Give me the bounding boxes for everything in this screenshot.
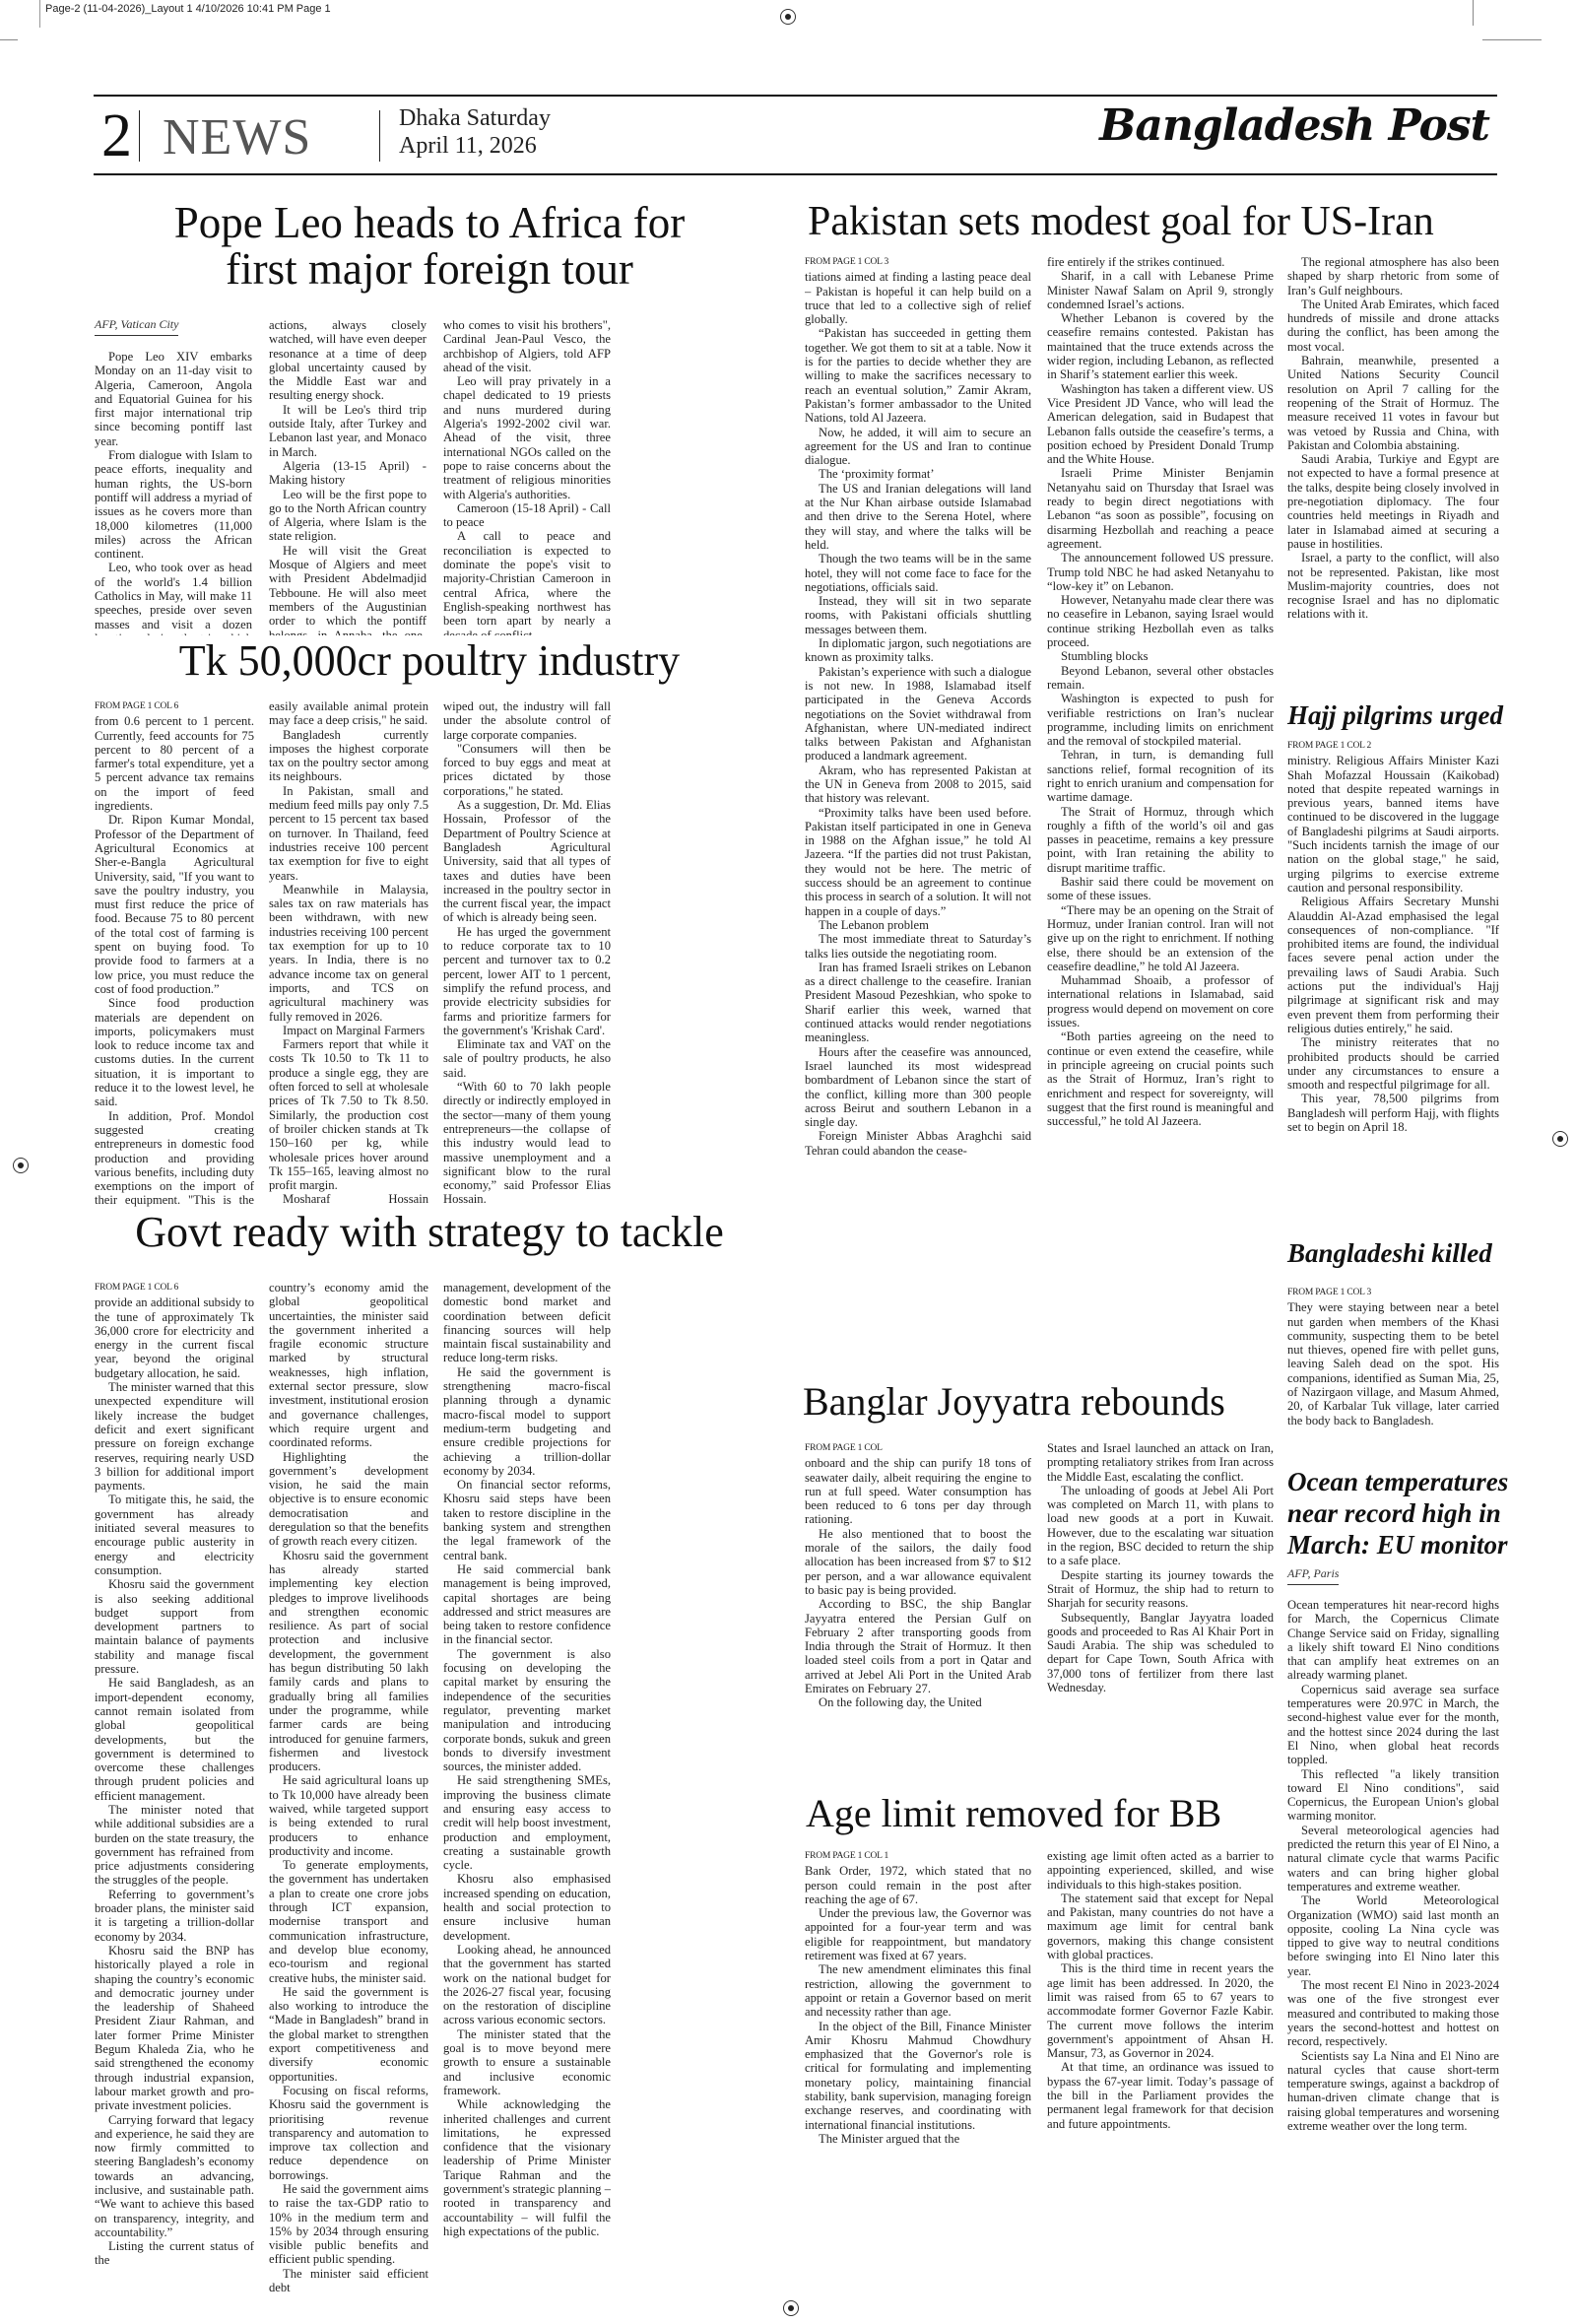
paragraph: Pope Leo XIV embarks Monday on an 11-day… <box>95 350 252 448</box>
newspaper-logo: Bangladesh Post <box>1099 100 1489 151</box>
paragraph: Eliminate tax and VAT on the sale of pou… <box>443 1037 611 1080</box>
paragraph: The Lebanon problem <box>805 918 1031 932</box>
paragraph: He said agricultural loans up to Tk 10,0… <box>269 1773 428 1858</box>
headline-govt: Govt ready with strategy to tackle <box>95 1210 764 1255</box>
paragraph: On financial sector reforms, Khosru said… <box>443 1478 611 1562</box>
page-number: 2 <box>101 106 132 166</box>
paragraph: They were staying between near a betel n… <box>1287 1300 1499 1428</box>
paragraph: Stumbling blocks <box>1047 649 1274 663</box>
paragraph: While acknowledging the inherited challe… <box>443 2097 611 2238</box>
paragraph: “Proximity talks have been used before. … <box>805 806 1031 918</box>
paragraph: Israeli Prime Minister Benjamin Netanyah… <box>1047 466 1274 551</box>
paragraph: As a suggestion, Dr. Md. Elias Hossain, … <box>443 798 611 925</box>
paragraph: Despite starting its journey towards the… <box>1047 1568 1274 1611</box>
article-column: management, development of the domestic … <box>443 1281 611 2305</box>
article-column: actions, always closely watched, will ha… <box>269 318 427 635</box>
continuation-label: FROM PAGE 1 COL 6 <box>95 1281 254 1295</box>
paragraph: The ministry reiterates that no prohibit… <box>1287 1035 1499 1092</box>
article-column: FROM PAGE 1 COL 6provide an additional s… <box>95 1281 254 2305</box>
paragraph: Impact on Marginal Farmers <box>269 1024 428 1037</box>
article-column: FROM PAGE 1 COL 6from 0.6 percent to 1 p… <box>95 699 254 1207</box>
headline-line: first major foreign tour <box>95 246 764 293</box>
paragraph: The Minister argued that the <box>805 2132 1031 2146</box>
paragraph: The US and Iranian delegations will land… <box>805 482 1031 552</box>
paragraph: The most recent El Nino in 2023-2024 was… <box>1287 1978 1499 2048</box>
paragraph: Tehran, in turn, is demanding full sanct… <box>1047 748 1274 804</box>
paragraph: In addition, Prof. Mondol suggested crea… <box>95 1109 254 1207</box>
article-column: FROM PAGE 1 COL 2ministry. Religious Aff… <box>1287 739 1499 1236</box>
crop-mark <box>1482 39 1542 40</box>
continuation-label: FROM PAGE 1 COL 3 <box>805 255 1031 269</box>
paragraph: He will visit the Great Mosque of Algier… <box>269 544 427 635</box>
article-column: who comes to visit his brothers", Cardin… <box>443 318 611 635</box>
article-column: country’s economy amid the global geopol… <box>269 1281 428 2305</box>
paragraph: "Consumers will then be forced to buy eg… <box>443 742 611 798</box>
headline-joyyatra: Banglar Joyyatra rebounds <box>803 1381 1266 1423</box>
paragraph: Referring to government’s broader plans,… <box>95 1888 254 1944</box>
headline-pakistan: Pakistan sets modest goal for US-Iran <box>808 200 1497 243</box>
article-column: FROM PAGE 1 COL 3tiations aimed at findi… <box>805 255 1031 1339</box>
paragraph: actions, always closely watched, will ha… <box>269 318 427 403</box>
dateline: Dhaka Saturday April 11, 2026 <box>399 104 551 160</box>
paragraph: The most immediate threat to Saturday’s … <box>805 932 1031 961</box>
article-column: easily available animal protein may face… <box>269 699 428 1207</box>
paragraph: He also mentioned that to boost the mora… <box>805 1527 1031 1597</box>
continuation-label: FROM PAGE 1 COL <box>805 1441 1031 1455</box>
divider <box>139 110 140 162</box>
paragraph: The regional atmosphere has also been sh… <box>1287 255 1499 298</box>
headline-line: March: EU monitor <box>1287 1529 1504 1560</box>
headline-age-limit: Age limit removed for BB <box>806 1793 1269 1834</box>
paragraph: The minister stated that the goal is to … <box>443 2027 611 2097</box>
paragraph: The Strait of Hormuz, through which roug… <box>1047 805 1274 875</box>
byline: AFP, Vatican City <box>95 317 178 336</box>
paragraph: from 0.6 percent to 1 percent. Currently… <box>95 714 254 813</box>
headline-line: near record high in <box>1287 1497 1504 1529</box>
continuation-label: FROM PAGE 1 COL 1 <box>805 1849 1031 1863</box>
paragraph: The World Meteorological Organization (W… <box>1287 1893 1499 1978</box>
article-column: wiped out, the industry will fall under … <box>443 699 611 1207</box>
paragraph: He said strengthening SMEs, improving th… <box>443 1773 611 1872</box>
headline-ocean: Ocean temperatures near record high in M… <box>1287 1466 1504 1560</box>
paragraph: tiations aimed at finding a lasting peac… <box>805 270 1031 326</box>
paragraph: “Pakistan has succeeded in getting them … <box>805 326 1031 425</box>
divider <box>379 110 380 162</box>
continuation-label: FROM PAGE 1 COL 2 <box>1287 739 1499 753</box>
paragraph: Dr. Ripon Kumar Mondal, Professor of the… <box>95 813 254 996</box>
paragraph: Pakistan’s experience with such a dialog… <box>805 665 1031 764</box>
registration-mark-icon <box>13 1158 29 1173</box>
paragraph: Bashir said there could be movement on s… <box>1047 875 1274 903</box>
paragraph: The announcement followed US pressure. T… <box>1047 551 1274 593</box>
registration-mark-icon <box>1552 1131 1568 1147</box>
paragraph: The minister noted that while additional… <box>95 1803 254 1888</box>
paragraph: Khosru said the BNP has historically pla… <box>95 1944 254 2113</box>
paragraph: In the object of the Bill, Finance Minis… <box>805 2020 1031 2132</box>
paragraph: Saudi Arabia, Turkiye and Egypt are not … <box>1287 452 1499 551</box>
paragraph: According to BSC, the ship Banglar Jayya… <box>805 1597 1031 1695</box>
print-slug: Page-2 (11-04-2026)_Layout 1 4/10/2026 1… <box>45 3 331 15</box>
paragraph: Israel, a party to the conflict, will al… <box>1287 551 1499 621</box>
article-column: FROM PAGE 1 COLonboard and the ship can … <box>805 1441 1031 1786</box>
paragraph: Farmers report that while it costs Tk 10… <box>269 1037 428 1192</box>
paragraph: country’s economy amid the global geopol… <box>269 1281 428 1450</box>
paragraph: “Both parties agreeing on the need to co… <box>1047 1029 1274 1128</box>
paragraph: The new amendment eliminates this final … <box>805 1962 1031 2019</box>
paragraph: Washington has taken a different view. U… <box>1047 382 1274 467</box>
continuation-label: FROM PAGE 1 COL 3 <box>1287 1286 1499 1299</box>
paragraph: In Pakistan, small and medium feed mills… <box>269 784 428 883</box>
paragraph: Whether Lebanon is covered by the ceasef… <box>1047 311 1274 381</box>
section-title: NEWS <box>163 110 311 166</box>
paragraph: Khosru also emphasised increased spendin… <box>443 1872 611 1942</box>
paragraph: It will be Leo's third trip outside Ital… <box>269 403 427 459</box>
paragraph: Mosharaf Hossain Chowdhury, President of… <box>269 1192 428 1207</box>
paragraph: A call to peace and reconciliation is ex… <box>443 529 611 635</box>
paragraph: Scientists say La Nina and El Nino are n… <box>1287 2049 1499 2134</box>
article-column: existing age limit often acted as a barr… <box>1047 1849 1274 2283</box>
masthead: 2 NEWS Dhaka Saturday April 11, 2026 Ban… <box>94 95 1497 175</box>
paragraph: Washington is expected to push for verif… <box>1047 692 1274 748</box>
paragraph: This reflected "a likely transition towa… <box>1287 1767 1499 1824</box>
paragraph: He said the government aims to raise the… <box>269 2182 428 2267</box>
paragraph: “With 60 to 70 lakh people directly or i… <box>443 1080 611 1207</box>
headline-hajj: Hajj pilgrims urged <box>1287 701 1499 729</box>
paragraph: wiped out, the industry will fall under … <box>443 699 611 742</box>
paragraph: Algeria (13-15 April) - Making history <box>269 459 427 488</box>
paragraph: The government is also focusing on devel… <box>443 1647 611 1774</box>
paragraph: Bangladesh currently imposes the highest… <box>269 728 428 784</box>
paragraph: Foreign Minister Abbas Araghchi said Teh… <box>805 1129 1031 1158</box>
registration-mark-icon <box>783 2300 799 2316</box>
paragraph: Now, he added, it will aim to secure an … <box>805 426 1031 468</box>
article-column: FROM PAGE 1 COL 3They were staying betwe… <box>1287 1286 1499 1453</box>
paragraph: who comes to visit his brothers", Cardin… <box>443 318 611 374</box>
paragraph: Several meteorological agencies had pred… <box>1287 1824 1499 1893</box>
paragraph: provide an additional subsidy to the tun… <box>95 1295 254 1380</box>
headline-poultry: Tk 50,000cr poultry industry <box>95 638 764 684</box>
paragraph: From dialogue with Islam to peace effort… <box>95 448 252 561</box>
paragraph: Hours after the ceasefire was announced,… <box>805 1045 1031 1130</box>
paragraph: Carrying forward that legacy and experie… <box>95 2113 254 2240</box>
crop-mark <box>0 39 18 40</box>
paragraph: Under the previous law, the Governor was… <box>805 1906 1031 1962</box>
paragraph: Beyond Lebanon, several other obstacles … <box>1047 664 1274 693</box>
paragraph: Copernicus said average sea surface temp… <box>1287 1683 1499 1767</box>
paragraph: The unloading of goods at Jebel Ali Port… <box>1047 1484 1274 1568</box>
paragraph: Instead, they will sit in two separate r… <box>805 594 1031 636</box>
headline-line: Ocean temperatures <box>1287 1466 1504 1497</box>
paragraph: However, Netanyahu made clear there was … <box>1047 593 1274 649</box>
paragraph: Khosru said the government has already s… <box>269 1549 428 1774</box>
paragraph: Bahrain, meanwhile, presented a United N… <box>1287 354 1499 452</box>
paragraph: existing age limit often acted as a barr… <box>1047 1849 1274 1892</box>
paragraph: Iran has framed Israeli strikes on Leban… <box>805 961 1031 1045</box>
paragraph: Focusing on fiscal reforms, Khosru said … <box>269 2084 428 2182</box>
paragraph: Khosru said the government is also seeki… <box>95 1577 254 1676</box>
paragraph: He said the government is strengthening … <box>443 1365 611 1478</box>
paragraph: onboard and the ship can purify 18 tons … <box>805 1456 1031 1526</box>
dateline-day: Dhaka Saturday <box>399 104 551 132</box>
paragraph: He said Bangladesh, as an import-depende… <box>95 1676 254 1803</box>
paragraph: The statement said that except for Nepal… <box>1047 1892 1274 1961</box>
paragraph: Looking ahead, he announced that the gov… <box>443 1943 611 2027</box>
paragraph: In diplomatic jargon, such negotiations … <box>805 636 1031 665</box>
paragraph: “There may be an opening on the Strait o… <box>1047 903 1274 973</box>
article-column: fire entirely if the strikes continued.S… <box>1047 255 1274 1339</box>
paragraph: Since food production materials are depe… <box>95 996 254 1108</box>
registration-mark-icon <box>780 9 796 25</box>
article-column: States and Israel launched an attack on … <box>1047 1441 1274 1786</box>
paragraph: On the following day, the United <box>805 1695 1031 1709</box>
paragraph: Though the two teams will be in the same… <box>805 552 1031 594</box>
paragraph: The ‘proximity format’ <box>805 467 1031 481</box>
paragraph: Cameroon (15-18 April) - Call to peace <box>443 501 611 530</box>
dateline-date: April 11, 2026 <box>399 132 551 160</box>
paragraph: Bank Order, 1972, which stated that no p… <box>805 1864 1031 1906</box>
headline-pope: Pope Leo heads to Africa for first major… <box>95 200 764 294</box>
paragraph: To mitigate this, he said, the governmen… <box>95 1493 254 1577</box>
paragraph: fire entirely if the strikes continued. <box>1047 255 1274 269</box>
paragraph: He said commercial bank management is be… <box>443 1562 611 1647</box>
paragraph: This year, 78,500 pilgrims from Banglade… <box>1287 1092 1499 1134</box>
paragraph: The minister said efficient debt <box>269 2267 428 2295</box>
paragraph: Religious Affairs Secretary Munshi Alaud… <box>1287 895 1499 1035</box>
paragraph: Leo will pray privately in a chapel dedi… <box>443 374 611 501</box>
paragraph: This is the third time in recent years t… <box>1047 1961 1274 2060</box>
paragraph: Sharif, in a call with Lebanese Prime Mi… <box>1047 269 1274 311</box>
article-column: Ocean temperatures hit near-record highs… <box>1287 1598 1499 2288</box>
paragraph: The United Arab Emirates, which faced hu… <box>1287 298 1499 354</box>
article-column: The regional atmosphere has also been sh… <box>1287 255 1499 694</box>
headline-line: Pope Leo heads to Africa for <box>95 200 764 246</box>
paragraph: Meanwhile in Malaysia, sales tax on raw … <box>269 883 428 1024</box>
continuation-label: FROM PAGE 1 COL 6 <box>95 699 254 713</box>
paragraph: At that time, an ordinance was issued to… <box>1047 2060 1274 2130</box>
crop-mark <box>1473 0 1474 26</box>
paragraph: Ocean temperatures hit near-record highs… <box>1287 1598 1499 1683</box>
paragraph: Leo, who took over as head of the world'… <box>95 561 252 635</box>
article-column: FROM PAGE 1 COL 1Bank Order, 1972, which… <box>805 1849 1031 2283</box>
paragraph: ministry. Religious Affairs Minister Kaz… <box>1287 754 1499 895</box>
paragraph: Subsequently, Banglar Jayyatra loaded go… <box>1047 1611 1274 1695</box>
byline: AFP, Paris <box>1287 1566 1339 1585</box>
paragraph: Akram, who has represented Pakistan at t… <box>805 764 1031 806</box>
paragraph: Listing the current status of the <box>95 2239 254 2268</box>
paragraph: States and Israel launched an attack on … <box>1047 1441 1274 1484</box>
paragraph: Leo will be the first pope to go to the … <box>269 488 427 544</box>
paragraph: The minister warned that this unexpected… <box>95 1380 254 1493</box>
paragraph: He has urged the government to reduce co… <box>443 925 611 1037</box>
paragraph: He said the government is also working t… <box>269 1985 428 2084</box>
paragraph: management, development of the domestic … <box>443 1281 611 1365</box>
paragraph: Highlighting the government’s developmen… <box>269 1450 428 1549</box>
paragraph: To generate employments, the government … <box>269 1858 428 1985</box>
crop-mark <box>39 0 40 28</box>
paragraph: easily available animal protein may face… <box>269 699 428 728</box>
paragraph: Muhammad Shoaib, a professor of internat… <box>1047 973 1274 1029</box>
article-column: Pope Leo XIV embarks Monday on an 11-day… <box>95 350 252 635</box>
headline-killed: Bangladeshi killed <box>1287 1239 1499 1267</box>
